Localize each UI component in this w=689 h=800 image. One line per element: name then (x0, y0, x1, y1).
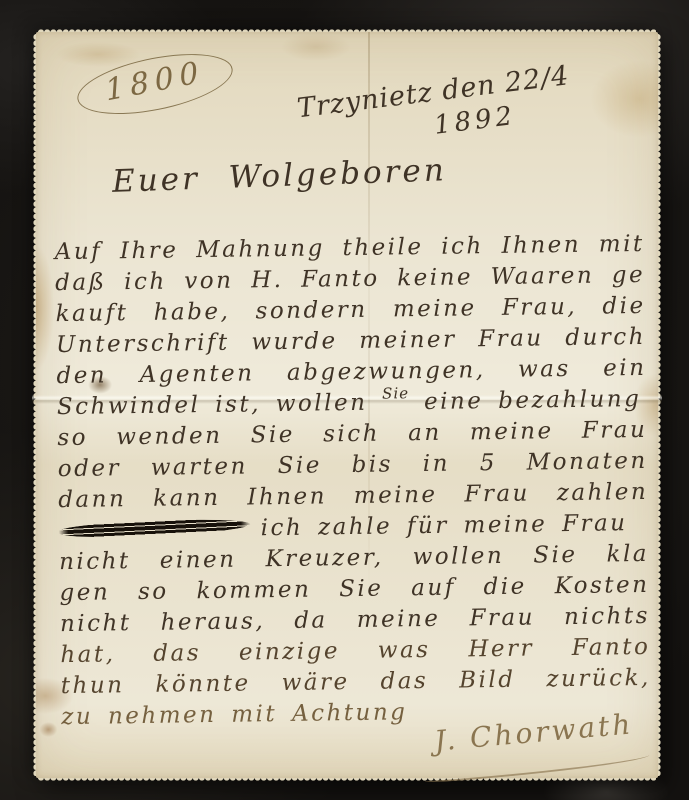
letter-card: 1800 Trzynietz den 22/4 1892 Euer Wolgeb… (36, 32, 658, 778)
perforated-edge-left (32, 34, 36, 776)
salutation: Euer Wolgeboren (111, 152, 447, 200)
dateline-block: Trzynietz den 22/4 1892 (295, 51, 650, 157)
letter-body: Auf Ihre Mahnung theile ich Ihnen mit da… (55, 229, 652, 733)
corner-number-circled: 1800 (72, 43, 237, 124)
perforated-edge-right (658, 34, 662, 776)
inserted-word: Sie (382, 384, 409, 402)
corner-number: 1800 (74, 43, 236, 125)
line6-before: Schwindel ist, wollen (57, 390, 368, 420)
photo-background: 1800 Trzynietz den 22/4 1892 Euer Wolgeb… (0, 0, 689, 800)
line6-after: eine bezahlung (424, 386, 642, 415)
perforated-edge-bottom (38, 778, 656, 782)
perforated-edge-top (38, 28, 656, 32)
crossed-out-scribble (58, 516, 251, 540)
line10-text: ich zahle für meine Frau (260, 510, 627, 541)
